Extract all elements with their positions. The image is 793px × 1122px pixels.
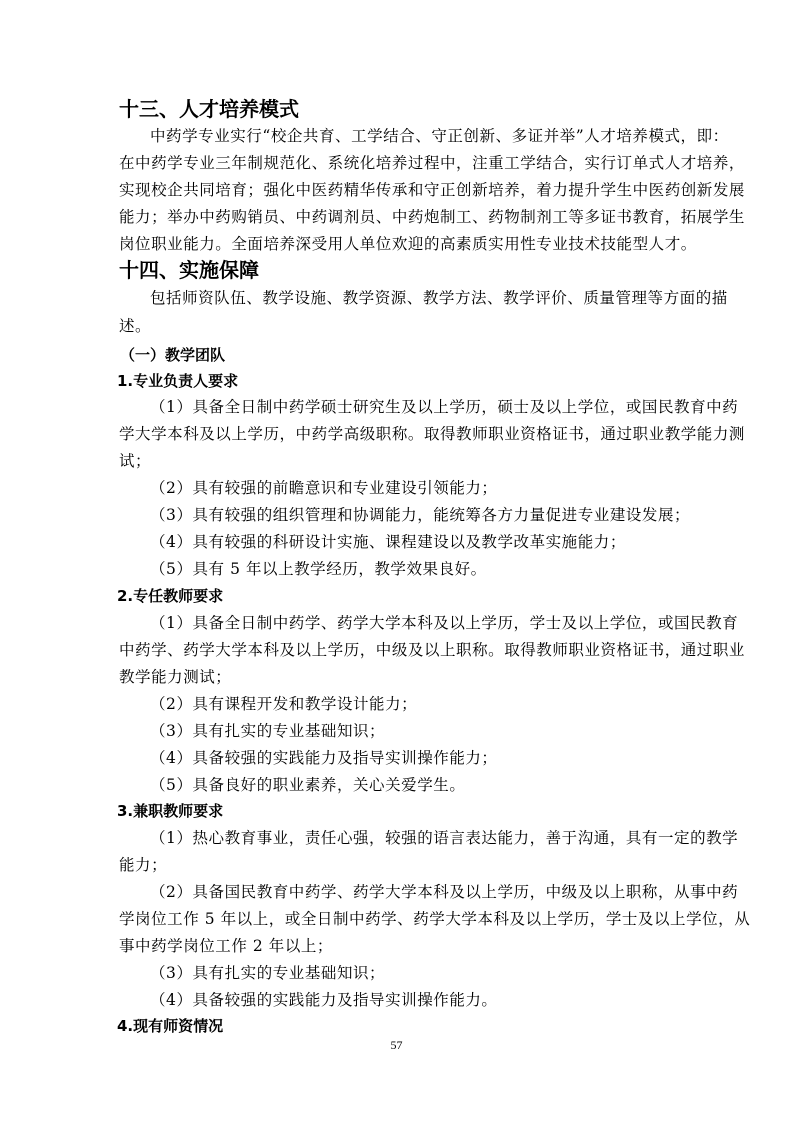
page-number: 57 [0,1038,793,1053]
item-1-line: （2）具有较强的前瞻意识和专业建设引领能力； [150,478,710,498]
item-2-line: （3）具有扎实的专业基础知识； [150,721,710,741]
item-3-line: 能力； [119,855,679,875]
section-14-heading: 十四、实施保障 [119,258,259,282]
section-13-paragraph-line: 岗位职业能力。全面培养深受用人单位欢迎的高素质实用性专业技术技能型人才。 [119,234,679,254]
section-13-paragraph-line: 在中药学专业三年制规范化、系统化培养过程中，注重工学结合，实行订单式人才培养， [119,153,679,173]
section-13-paragraph-line: 能力；举办中药购销员、中药调剂员、中药炮制工、药物制剂工等多证书教育，拓展学生 [119,207,679,227]
item-3-line: （2）具备国民教育中药学、药学大学本科及以上学历，中级及以上职称，从事中药 [150,882,710,902]
item-4-heading: 4.现有师资情况 [117,1016,223,1036]
section-13-paragraph-line: 中药学专业实行“校企共育、工学结合、守正创新、多证并举”人才培养模式，即： [150,126,710,146]
item-3-line: （1）热心教育事业，责任心强，较强的语言表达能力，善于沟通，具有一定的教学 [150,828,710,848]
item-3-line: 学岗位工作 5 年以上，或全日制中药学、药学大学本科及以上学历，学士及以上学位，… [119,909,679,929]
item-3-heading: 3.兼职教师要求 [117,801,223,821]
item-3-line: （3）具有扎实的专业基础知识； [150,963,710,983]
section-13-paragraph-line: 实现校企共同培育；强化中医药精华传承和守正创新培养，着力提升学生中医药创新发展 [119,180,679,200]
item-1-line: （3）具有较强的组织管理和协调能力，能统筹各方力量促进专业建设发展； [150,505,710,525]
item-2-line: （1）具备全日制中药学、药学大学本科及以上学历，学士及以上学位，或国民教育 [150,613,710,633]
document-page: 十三、人才培养模式 中药学专业实行“校企共育、工学结合、守正创新、多证并举”人才… [0,0,793,1122]
item-2-line: （5）具备良好的职业素养，关心关爱学生。 [150,775,710,795]
item-2-line: （4）具备较强的实践能力及指导实训操作能力； [150,748,710,768]
item-1-heading: 1.专业负责人要求 [117,371,238,391]
item-3-line: 事中药学岗位工作 2 年以上； [119,936,679,956]
item-1-line: 试； [119,451,679,471]
item-1-line: （5）具有 5 年以上教学经历，教学效果良好。 [150,559,710,579]
item-2-line: （2）具有课程开发和教学设计能力； [150,694,710,714]
section-14-intro-line: 包括师资队伍、教学设施、教学资源、教学方法、教学评价、质量管理等方面的描 [150,288,710,308]
section-14-intro-line: 述。 [119,316,679,336]
item-2-line: 教学能力测试； [119,667,679,687]
item-1-line: （4）具有较强的科研设计实施、课程建设以及教学改革实施能力； [150,532,710,552]
item-1-line: （1）具备全日制中药学硕士研究生及以上学历，硕士及以上学位，或国民教育中药 [150,397,710,417]
item-1-line: 学大学本科及以上学历，中药学高级职称。取得教师职业资格证书，通过职业教学能力测 [119,424,679,444]
section-13-heading: 十三、人才培养模式 [119,97,299,121]
item-2-heading: 2.专任教师要求 [117,586,223,606]
item-3-line: （4）具备较强的实践能力及指导实训操作能力。 [150,990,710,1010]
subsection-teaching-team-heading: （一）教学团队 [120,345,225,365]
item-2-line: 中药学、药学大学本科及以上学历，中级及以上职称。取得教师职业资格证书，通过职业 [119,640,679,660]
